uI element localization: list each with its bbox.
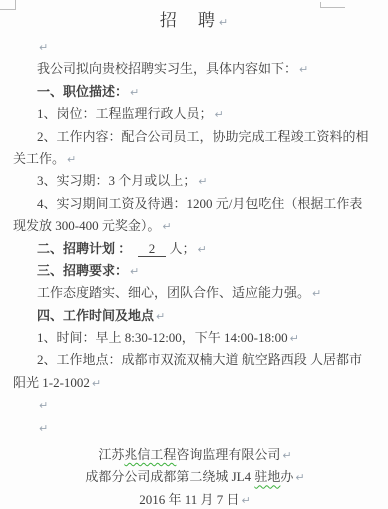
paragraph-mark-icon: ↵ xyxy=(213,108,224,121)
paragraph-mark-icon: ↵ xyxy=(37,41,48,54)
doc-line: 1、岗位：工程监理行政人员；↵ xyxy=(13,103,377,125)
doc-line: 关工作。↵ xyxy=(13,148,377,170)
doc-line: 2016 年 11 月 7 日↵ xyxy=(13,489,377,509)
paragraph-mark-icon: ↵ xyxy=(90,377,101,390)
text-run: 2、工作内容：配合公司员工，协助完成工程竣工资料的相 xyxy=(37,129,369,144)
spellcheck-flagged-text: 兆信工程 xyxy=(124,447,176,462)
doc-line: 现发放 300-400 元奖金）。↵ xyxy=(13,215,377,237)
text-run: 1、岗位：工程监理行政人员； xyxy=(37,106,213,121)
document-title: 招 聘 xyxy=(160,11,217,30)
paragraph-mark-icon: ↵ xyxy=(293,471,304,484)
doc-line: 2、工作地点：成都市双流双楠大道 航空路西段 人居都市 xyxy=(13,349,377,371)
document-title-line: 招 聘↵ xyxy=(13,9,377,36)
underlined-blank-value: 2 xyxy=(138,241,167,257)
doc-line: 江苏兆信工程咨询监理有限公司↵ xyxy=(13,444,377,466)
doc-line: ↵ xyxy=(13,394,377,416)
text-run: 2016 年 11 月 7 日 xyxy=(139,492,239,507)
paragraph-mark-icon: ↵ xyxy=(37,399,48,412)
paragraph-mark-icon: ↵ xyxy=(217,16,230,29)
text-run: 成都分公司成都第二绕城 JL4 xyxy=(85,469,254,484)
paragraph-mark-icon: ↵ xyxy=(65,153,76,166)
doc-line: 工作态度踏实、细心，团队合作、适应能力强。↵ xyxy=(13,282,377,304)
paragraph-mark-icon: ↵ xyxy=(196,243,207,256)
doc-line: 我公司拟向贵校招聘实习生，具体内容如下：↵ xyxy=(13,58,377,80)
text-run: 江苏 xyxy=(98,447,124,462)
doc-line: 成都分公司成都第二绕城 JL4 驻地办↵ xyxy=(13,466,377,488)
doc-line: 2、工作内容：配合公司员工，协助完成工程竣工资料的相 xyxy=(13,126,377,148)
doc-line: ↵ xyxy=(13,36,377,58)
paragraph-mark-icon: ↵ xyxy=(310,287,321,300)
text-run: 二、招聘计划 ： xyxy=(37,241,131,256)
doc-line: 四、工作时间及地点↵ xyxy=(13,305,377,327)
document-body: ↵我公司拟向贵校招聘实习生，具体内容如下：↵一、职位描述：↵1、岗位：工程监理行… xyxy=(13,36,377,509)
text-run: 人； xyxy=(166,241,195,256)
paragraph-mark-icon: ↵ xyxy=(154,310,165,323)
text-boundary-corner-right-icon xyxy=(320,2,345,8)
text-run: 一、职位描述： xyxy=(37,84,128,99)
text-boundary-corner-left-icon xyxy=(0,0,16,10)
doc-line: 阳光 1-2-1002↵ xyxy=(13,372,377,394)
doc-line: 4、实习期间工资及待遇：1200 元/月包吃住（根据工作表 xyxy=(13,193,377,215)
doc-line: 二、招聘计划 ： 2 人；↵ xyxy=(13,238,377,260)
doc-line: ↵ xyxy=(13,417,377,439)
doc-line: 一、职位描述：↵ xyxy=(13,81,377,103)
paragraph-mark-icon: ↵ xyxy=(128,265,139,278)
paragraph-mark-icon: ↵ xyxy=(297,63,308,76)
text-run: 1、时间：早上 8:30-12:00，下午 14:00-18:00 xyxy=(37,330,288,345)
text-run: 关工作。 xyxy=(13,151,65,166)
text-run: 现发放 300-400 元奖金）。 xyxy=(13,218,160,233)
paragraph-mark-icon: ↵ xyxy=(240,494,251,507)
document-page: 招 聘↵ ↵我公司拟向贵校招聘实习生，具体内容如下：↵一、职位描述：↵1、岗位：… xyxy=(0,0,388,509)
text-run: 2、工作地点：成都市双流双楠大道 航空路西段 人居都市 xyxy=(37,352,362,367)
spellcheck-flagged-text: 驻地 xyxy=(254,469,280,484)
doc-line: 3、实习期：3 个月或以上；↵ xyxy=(13,170,377,192)
doc-line: 三、招聘要求：↵ xyxy=(13,260,377,282)
text-run: 咨询监理有限公司 xyxy=(176,447,280,462)
paragraph-mark-icon: ↵ xyxy=(160,220,171,233)
paragraph-mark-icon: ↵ xyxy=(280,449,291,462)
text-run: 工作态度踏实、细心，团队合作、适应能力强。 xyxy=(37,285,310,300)
text-run xyxy=(131,241,138,256)
paragraph-mark-icon: ↵ xyxy=(288,332,299,345)
text-run: 4、实习期间工资及待遇：1200 元/月包吃住（根据工作表 xyxy=(37,196,362,211)
paragraph-mark-icon: ↵ xyxy=(196,175,207,188)
paragraph-mark-icon: ↵ xyxy=(128,86,139,99)
text-run: 办 xyxy=(280,469,293,484)
text-run: 三、招聘要求： xyxy=(37,263,128,278)
doc-line: 1、时间：早上 8:30-12:00，下午 14:00-18:00↵ xyxy=(13,327,377,349)
text-run: 四、工作时间及地点 xyxy=(37,308,154,323)
paragraph-mark-icon: ↵ xyxy=(37,422,48,435)
text-run: 阳光 1-2-1002 xyxy=(13,375,90,390)
text-run: 我公司拟向贵校招聘实习生，具体内容如下： xyxy=(37,61,297,76)
text-run: 3、实习期：3 个月或以上； xyxy=(37,173,196,188)
